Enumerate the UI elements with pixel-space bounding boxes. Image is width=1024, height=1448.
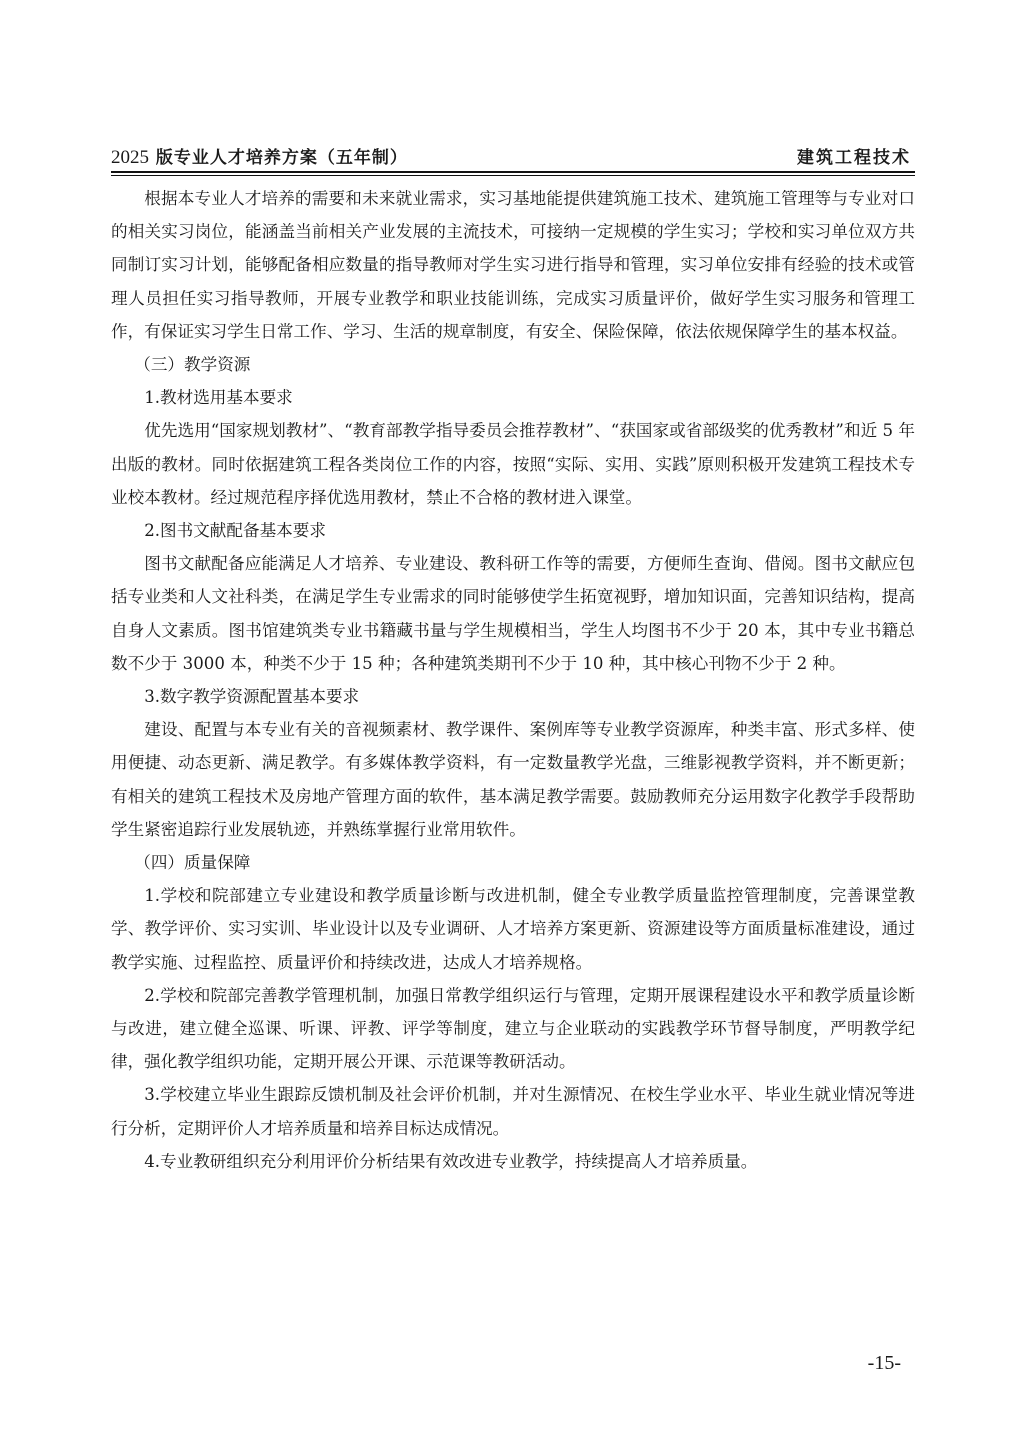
page-number: -15- xyxy=(868,1352,901,1375)
subheading-textbook-selection: 1.教材选用基本要求 xyxy=(111,381,915,414)
subheading-library-resources: 2.图书文献配备基本要求 xyxy=(111,514,915,547)
section-heading-teaching-resources: （三）教学资源 xyxy=(111,348,915,381)
header-program-name: 建筑工程技术 xyxy=(797,143,911,168)
paragraph-quality-item-4: 4.专业教研组织充分利用评价分析结果有效改进专业教学，持续提高人才培养质量。 xyxy=(111,1145,915,1178)
paragraph-internship-base: 根据本专业人才培养的需要和未来就业需求，实习基地能提供建筑施工技术、建筑施工管理… xyxy=(111,182,915,348)
paragraph-textbook-selection: 优先选用“国家规划教材”、“教育部教学指导委员会推荐教材”、“获国家或省部级奖的… xyxy=(111,414,915,514)
document-page: 2025 版专业人才培养方案（五年制） 建筑工程技术 根据本专业人才培养的需要和… xyxy=(111,0,915,1448)
header-year: 2025 xyxy=(111,147,149,168)
paragraph-library-resources: 图书文献配备应能满足人才培养、专业建设、教科研工作等的需要，方便师生查询、借阅。… xyxy=(111,547,915,680)
paragraph-digital-resources: 建设、配置与本专业有关的音视频素材、教学课件、案例库等专业教学资源库，种类丰富、… xyxy=(111,713,915,846)
paragraph-quality-item-1: 1.学校和院部建立专业建设和教学质量诊断与改进机制，健全专业教学质量监控管理制度… xyxy=(111,879,915,979)
running-header: 2025 版专业人才培养方案（五年制） 建筑工程技术 xyxy=(111,143,915,167)
header-rule-thick xyxy=(111,171,915,173)
header-title-text: 版专业人才培养方案（五年制） xyxy=(149,148,408,168)
subheading-digital-resources: 3.数字教学资源配置基本要求 xyxy=(111,680,915,713)
paragraph-quality-item-2: 2.学校和院部完善教学管理机制，加强日常教学组织运行与管理，定期开展课程建设水平… xyxy=(111,979,915,1079)
section-heading-quality-assurance: （四）质量保障 xyxy=(111,846,915,879)
paragraph-quality-item-3: 3.学校建立毕业生跟踪反馈机制及社会评价机制，并对生源情况、在校生学业水平、毕业… xyxy=(111,1078,915,1144)
header-document-title: 2025 版专业人才培养方案（五年制） xyxy=(111,143,408,169)
header-rule-thin xyxy=(111,175,915,176)
body-content: 根据本专业人才培养的需要和未来就业需求，实习基地能提供建筑施工技术、建筑施工管理… xyxy=(111,182,915,1178)
